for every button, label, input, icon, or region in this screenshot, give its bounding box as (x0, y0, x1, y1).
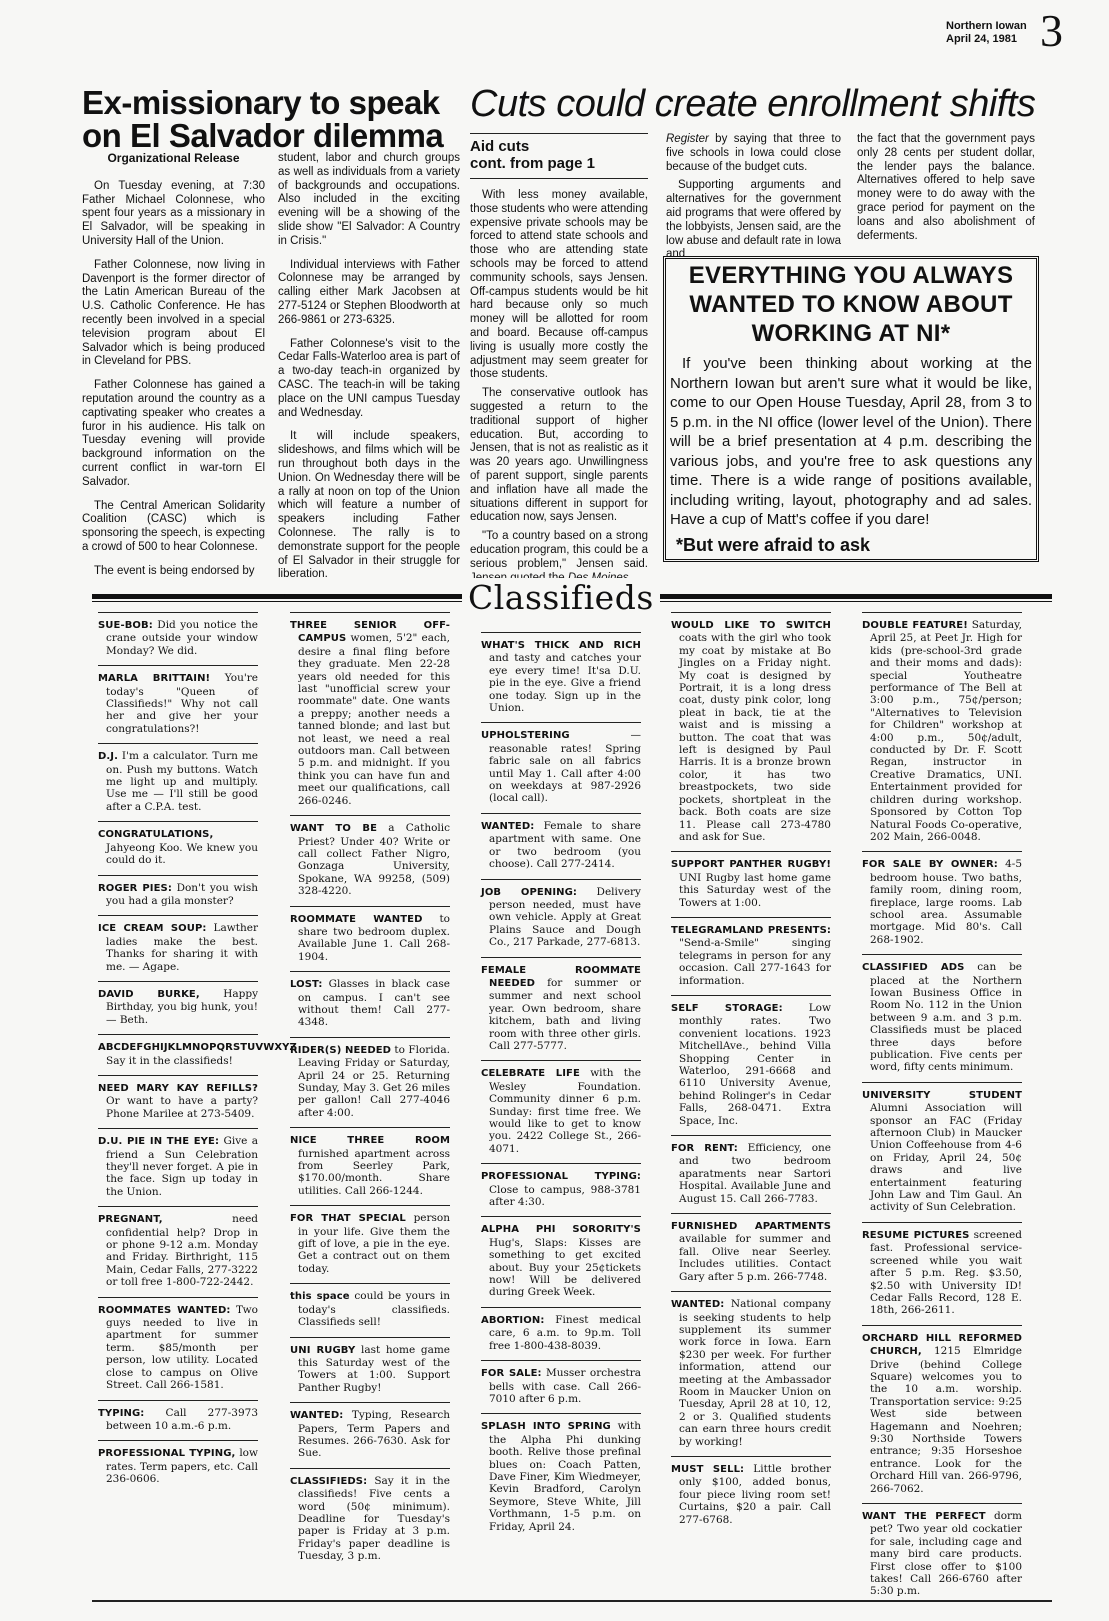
classified-keyword: MARLA BRITTAIN! (98, 673, 210, 684)
paragraph: Father Colonnese has gained a reputation… (82, 379, 265, 489)
classified-keyword: CELEBRATE LIFE (481, 1068, 580, 1079)
classified-ad: ROGER PIES: Don't you wish you had a gil… (98, 875, 258, 916)
paragraph: the fact that the government pays only 2… (857, 133, 1035, 243)
classified-ad-body: PROFESSIONAL TYPING, low rates. Term pap… (98, 1447, 258, 1485)
classified-ad-body: CELEBRATE LIFE with the Wesley Foundatio… (481, 1067, 641, 1155)
classified-ad-body: TELEGRAMLAND PRESENTS: "Send-a-Smile" si… (671, 924, 831, 987)
ad-body-text: If you've been thinking about working at… (670, 355, 1032, 528)
classified-ad: WHAT'S THICK AND RICH and tasty and catc… (481, 632, 641, 722)
paragraph: student, labor and church groups as well… (278, 152, 460, 249)
classified-keyword: ALPHA PHI SORORITY'S (481, 1224, 641, 1235)
classified-ad: LOST: Glasses in black case on campus. I… (290, 971, 450, 1037)
classified-ad: WANT THE PERFECT dorm pet? Two year old … (862, 1503, 1022, 1606)
classified-keyword: SELF STORAGE: (671, 1003, 783, 1014)
classified-text: National company is seeking students to … (679, 1298, 831, 1447)
classified-text: with the Wesley Foundation. Community di… (489, 1067, 641, 1154)
classified-ad: UNI RUGBY last home game this Saturday w… (290, 1337, 450, 1403)
classified-keyword: PROFESSIONAL TYPING, (98, 1448, 235, 1459)
paragraph: Father Colonnese's visit to the Cedar Fa… (278, 338, 460, 421)
classified-ad-body: JOB OPENING: Delivery person needed, mus… (481, 886, 641, 949)
classified-ad: PROFESSIONAL TYPING, low rates. Term pap… (98, 1440, 258, 1493)
classified-keyword: NEED MARY KAY REFILLS? (98, 1083, 258, 1094)
classified-ad-body: NEED MARY KAY REFILLS? Or want to have a… (98, 1082, 258, 1120)
article-right-col2: Register by saying that three to five sc… (666, 133, 841, 267)
classified-text: coats with the girl who took my coat by … (679, 632, 831, 843)
classified-keyword: TYPING: (98, 1408, 144, 1419)
classified-ad: FOR SALE: Musser orchestra bells with ca… (481, 1360, 641, 1413)
classified-ad: WANTED: Female to share apartment with s… (481, 813, 641, 879)
classified-ad-body: FOR SALE: Musser orchestra bells with ca… (481, 1367, 641, 1405)
classified-ad: WOULD LIKE TO SWITCH coats with the girl… (671, 612, 831, 851)
headline-ex-missionary: Ex-missionary to speak on El Salvador di… (82, 86, 454, 152)
classified-text: "Send-a-Smile" singing telegrams in pers… (679, 937, 831, 986)
classified-ad: PREGNANT, need confidential help? Drop i… (98, 1206, 258, 1296)
classified-ad: FOR THAT SPECIAL person in your life. Gi… (290, 1205, 450, 1283)
classified-ad-body: WANTED: National company is seeking stud… (671, 1298, 831, 1448)
classified-text: Say it in the classifieds! (106, 1055, 233, 1067)
classified-ad: THREE SENIOR OFF-CAMPUS women, 5'2" each… (290, 612, 450, 815)
classified-ad: WANTED: Typing, Research Papers, Term Pa… (290, 1402, 450, 1468)
classified-keyword: DAVID BURKE, (98, 989, 200, 1000)
classified-text: furnished apartment across from Seerley … (298, 1148, 450, 1197)
classified-ad: UPHOLSTERING — reasonable rates! Spring … (481, 722, 641, 812)
paragraph: The conservative outlook has suggested a… (470, 387, 648, 525)
classified-ad: WANTED: National company is seeking stud… (671, 1291, 831, 1456)
classified-ad: SUE-BOB: Did you notice the crane outsid… (98, 612, 258, 665)
ni-recruitment-ad: EVERYTHING YOU ALWAYS WANTED TO KNOW ABO… (663, 256, 1039, 562)
classified-ad: CONGRATULATIONS, Jahyeong Koo. We knew y… (98, 821, 258, 874)
classified-ad-body: FOR THAT SPECIAL person in your life. Gi… (290, 1212, 450, 1275)
classified-ad: JOB OPENING: Delivery person needed, mus… (481, 879, 641, 957)
classified-ad: FOR SALE BY OWNER: 4-5 bedroom house. Tw… (862, 851, 1022, 954)
classified-keyword: NICE THREE ROOM (290, 1135, 450, 1146)
classified-ad-body: LOST: Glasses in black case on campus. I… (290, 978, 450, 1029)
classified-ad: PROFESSIONAL TYPING: Close to campus, 98… (481, 1163, 641, 1216)
classified-keyword: CONGRATULATIONS, (98, 829, 213, 840)
classified-keyword: TELEGRAMLAND PRESENTS: (671, 925, 831, 936)
classifieds-column-3: WHAT'S THICK AND RICH and tasty and catc… (481, 632, 641, 1541)
classified-ad-body: D.U. PIE IN THE EYE: Give a friend a Sun… (98, 1135, 258, 1198)
classified-keyword: LOST: (290, 979, 323, 990)
classified-ad-body: ABCDEFGHIJKLMNOPQRSTUVWXYZ Say it in the… (98, 1041, 258, 1067)
classified-ad: SELF STORAGE: Low monthly rates. Two con… (671, 995, 831, 1135)
classified-text: Alumni Association will sponsor an FAC (… (870, 1102, 1022, 1213)
classified-keyword: WHAT'S THICK AND RICH (481, 640, 641, 651)
classified-keyword: JOB OPENING: (481, 887, 577, 898)
classified-text: Two guys needed to live in apartment for… (106, 1304, 258, 1391)
classified-keyword: this space (290, 1291, 350, 1302)
classified-ad-body: D.J. I'm a calculator. Turn me on. Push … (98, 750, 258, 813)
classified-keyword: ICE CREAM SOUP: (98, 923, 207, 934)
paragraph: The event is being endorsed by (82, 565, 265, 579)
classified-text: 1215 Elmridge Drive (behind College Squa… (870, 1345, 1022, 1494)
article-left-col2: student, labor and church groups as well… (278, 152, 460, 592)
paragraph: With less money available, those student… (470, 189, 648, 382)
classified-ad: DAVID BURKE, Happy Birthday, you big hun… (98, 981, 258, 1034)
classified-keyword: FURNISHED APARTMENTS (671, 1221, 831, 1232)
classified-ad-body: ROOMMATE WANTED to share two bedroom dup… (290, 913, 450, 964)
classified-ad-body: CLASSIFIEDS: Say it in the classifieds! … (290, 1475, 450, 1563)
paragraph: On Tuesday evening, at 7:30 Father Micha… (82, 180, 265, 249)
classified-ad: NEED MARY KAY REFILLS? Or want to have a… (98, 1075, 258, 1128)
classified-ad-body: CONGRATULATIONS, Jahyeong Koo. We knew y… (98, 828, 258, 866)
classified-ad-body: RIDER(S) NEEDED to Florida. Leaving Frid… (290, 1044, 450, 1119)
classified-ad-body: FOR SALE BY OWNER: 4-5 bedroom house. Tw… (862, 858, 1022, 946)
classified-ad-body: ABORTION: Finest medical care, 6 a.m. to… (481, 1314, 641, 1352)
classified-ad-body: WANTED: Typing, Research Papers, Term Pa… (290, 1409, 450, 1460)
classified-ad: DOUBLE FEATURE! Saturday, April 25, at P… (862, 612, 1022, 851)
classified-ad-body: this space could be yours in today's cla… (290, 1290, 450, 1328)
classified-ad-body: WHAT'S THICK AND RICH and tasty and catc… (481, 639, 641, 714)
classified-text: I'm a calculator. Turn me on. Push my bu… (106, 750, 258, 813)
classified-ad: D.J. I'm a calculator. Turn me on. Push … (98, 743, 258, 821)
classified-ad-body: ROGER PIES: Don't you wish you had a gil… (98, 882, 258, 908)
classified-keyword: RIDER(S) NEEDED (290, 1045, 391, 1056)
ad-title: EVERYTHING YOU ALWAYS WANTED TO KNOW ABO… (670, 261, 1032, 348)
classified-keyword: D.U. PIE IN THE EYE: (98, 1136, 219, 1147)
classified-ad-body: RESUME PICTURES screened fast. Professio… (862, 1229, 1022, 1317)
classified-ad: WANT TO BE a Catholic Priest? Under 40? … (290, 815, 450, 905)
classified-text: Say it in the classifieds! Five cents a … (298, 1475, 450, 1562)
classified-keyword: PROFESSIONAL TYPING: (481, 1171, 641, 1182)
classified-keyword: MUST SELL: (671, 1464, 744, 1475)
jump-head: Aid cuts cont. from page 1 (470, 133, 648, 179)
classified-ad-body: WANTED: Female to share apartment with s… (481, 820, 641, 871)
classified-text: UNI Rugby last home game this Saturday w… (679, 872, 831, 909)
classified-keyword: WANT THE PERFECT (862, 1511, 986, 1522)
jump-head-subtitle: cont. from page 1 (470, 155, 648, 172)
classified-text: dorm pet? Two year old cockatier for sal… (870, 1510, 1022, 1597)
paragraph: Supporting arguments and alternatives fo… (666, 179, 841, 262)
classified-ad-body: PREGNANT, need confidential help? Drop i… (98, 1213, 258, 1288)
classified-ad: FOR RENT: Efficiency, one and two bedroo… (671, 1135, 831, 1213)
paragraph: The Central American Solidarity Coalitio… (82, 500, 265, 555)
classified-keyword: CLASSIFIED ADS (862, 962, 964, 973)
classified-keyword: DOUBLE FEATURE! (862, 620, 968, 631)
ad-footnote: *But were afraid to ask (670, 535, 1032, 556)
classified-ad: CLASSIFIEDS: Say it in the classifieds! … (290, 1468, 450, 1571)
classifieds-column-1: SUE-BOB: Did you notice the crane outsid… (98, 612, 258, 1494)
classified-ad-body: UPHOLSTERING — reasonable rates! Spring … (481, 729, 641, 804)
classified-keyword: WANTED: (290, 1410, 343, 1421)
ad-title-line: WANTED TO KNOW ABOUT (670, 290, 1032, 319)
classified-ad-body: PROFESSIONAL TYPING: Close to campus, 98… (481, 1170, 641, 1208)
classifieds-column-2: THREE SENIOR OFF-CAMPUS women, 5'2" each… (290, 612, 450, 1571)
classified-keyword: CLASSIFIEDS: (290, 1476, 367, 1487)
classified-keyword: ABCDEFGHIJKLMNOPQRSTUVWXYZ (98, 1042, 297, 1053)
classified-ad: ORCHARD HILL REFORMED CHURCH, 1215 Elmri… (862, 1325, 1022, 1503)
classified-keyword: FOR SALE: (481, 1368, 542, 1379)
classified-text: can be placed at the Northern Iowan Busi… (870, 961, 1022, 1073)
classified-keyword: ROOMMATES WANTED: (98, 1305, 230, 1316)
classified-keyword: RESUME PICTURES (862, 1230, 969, 1241)
classified-ad-body: DOUBLE FEATURE! Saturday, April 25, at P… (862, 619, 1022, 843)
classified-ad: ROOMMATE WANTED to share two bedroom dup… (290, 906, 450, 972)
classified-ad-body: ALPHA PHI SORORITY'S Hug's, Slaps: Kisse… (481, 1223, 641, 1298)
classified-keyword: FOR THAT SPECIAL (290, 1213, 406, 1224)
classified-ad-body: TYPING: Call 277-3973 between 10 a.m.-6 … (98, 1407, 258, 1433)
classified-ad-body: ORCHARD HILL REFORMED CHURCH, 1215 Elmri… (862, 1332, 1022, 1495)
classified-ad: NICE THREE ROOM furnished apartment acro… (290, 1127, 450, 1205)
classified-keyword: ABORTION: (481, 1315, 544, 1326)
classified-text: Or want to have a party? Phone Marilee a… (106, 1095, 258, 1119)
classified-keyword: D.J. (98, 751, 118, 762)
classified-ad-body: ROOMMATES WANTED: Two guys needed to liv… (98, 1304, 258, 1392)
classified-ad-body: FOR RENT: Efficiency, one and two bedroo… (671, 1142, 831, 1205)
classified-ad: ROOMMATES WANTED: Two guys needed to liv… (98, 1297, 258, 1400)
classified-text: Low monthly rates. Two convenient locati… (679, 1002, 831, 1127)
classified-text: women, 5'2" each, desire a final fling b… (298, 632, 450, 806)
classified-ad: MARLA BRITTAIN! You're today's "Queen of… (98, 665, 258, 743)
article-left-col1: Organizational Release On Tuesday evenin… (82, 152, 265, 589)
classified-ad-body: THREE SENIOR OFF-CAMPUS women, 5'2" each… (290, 619, 450, 807)
classified-ad-body: MARLA BRITTAIN! You're today's "Queen of… (98, 672, 258, 735)
classified-ad: FURNISHED APARTMENTS available for summe… (671, 1213, 831, 1291)
headline-cuts-enrollment: Cuts could create enrollment shifts (470, 84, 1090, 124)
classified-keyword: WANTED: (481, 821, 534, 832)
classified-ad: FEMALE ROOMMATE NEEDED for summer or sum… (481, 957, 641, 1061)
classified-ad-body: SUPPORT PANTHER RUGBY! UNI Rugby last ho… (671, 858, 831, 909)
publication-name: Northern Iowan (946, 20, 1027, 33)
classified-keyword: SUPPORT PANTHER RUGBY! (671, 859, 831, 870)
classified-keyword: UPHOLSTERING (481, 730, 570, 741)
classified-keyword: SPLASH INTO SPRING (481, 1421, 611, 1432)
bottom-rule (92, 1600, 1052, 1602)
classifieds-title: Classifieds (462, 578, 660, 618)
classified-keyword: FOR SALE BY OWNER: (862, 859, 998, 870)
classified-ad: ICE CREAM SOUP: Lawther ladies make the … (98, 915, 258, 981)
ad-title-line: WORKING AT NI* (670, 319, 1032, 348)
classified-ad-body: UNIVERSITY STUDENT Alumni Association wi… (862, 1089, 1022, 1214)
classified-ad: this space could be yours in today's cla… (290, 1283, 450, 1336)
classified-ad: SPLASH INTO SPRING with the Alpha Phi du… (481, 1413, 641, 1541)
issue-date: April 24, 1981 (946, 33, 1027, 46)
classifieds-column-4: WOULD LIKE TO SWITCH coats with the girl… (671, 612, 831, 1534)
classified-ad: TELEGRAMLAND PRESENTS: "Send-a-Smile" si… (671, 917, 831, 995)
classified-text: available for summer and fall. Olive nea… (679, 1233, 831, 1282)
classified-ad-body: DAVID BURKE, Happy Birthday, you big hun… (98, 988, 258, 1026)
classified-ad: ABORTION: Finest medical care, 6 a.m. to… (481, 1307, 641, 1360)
ad-body: If you've been thinking about working at… (670, 354, 1032, 530)
classified-ad-body: SELF STORAGE: Low monthly rates. Two con… (671, 1002, 831, 1127)
classified-ad-body: FURNISHED APARTMENTS available for summe… (671, 1220, 831, 1283)
classified-keyword: WOULD LIKE TO SWITCH (671, 620, 831, 631)
classified-keyword: ROGER PIES: (98, 883, 172, 894)
ad-title-line: EVERYTHING YOU ALWAYS (670, 261, 1032, 290)
italic-source: Register (666, 133, 709, 145)
classified-keyword: UNI RUGBY (290, 1345, 355, 1356)
classified-ad: CLASSIFIED ADS can be placed at the Nort… (862, 954, 1022, 1082)
classified-ad-body: UNI RUGBY last home game this Saturday w… (290, 1344, 450, 1395)
classified-text: Hug's, Slaps: Kisses are something to ge… (489, 1237, 641, 1299)
classified-text: and tasty and catches your eye every tim… (489, 652, 641, 714)
classified-ad-body: WANT THE PERFECT dorm pet? Two year old … (862, 1510, 1022, 1598)
paragraph: Individual interviews with Father Colonn… (278, 259, 460, 328)
classified-ad-body: ICE CREAM SOUP: Lawther ladies make the … (98, 922, 258, 973)
classified-ad-body: WOULD LIKE TO SWITCH coats with the girl… (671, 619, 831, 843)
classified-ad: CELEBRATE LIFE with the Wesley Foundatio… (481, 1060, 641, 1163)
classified-keyword: FOR RENT: (671, 1143, 738, 1154)
classified-keyword: WANTED: (671, 1299, 724, 1310)
classified-ad: RIDER(S) NEEDED to Florida. Leaving Frid… (290, 1037, 450, 1127)
classified-text: Saturday, April 25, at Peet Jr. High for… (870, 619, 1022, 843)
classified-keyword: UNIVERSITY STUDENT (862, 1090, 1022, 1101)
classified-text: screened fast. Professional service-scre… (870, 1229, 1022, 1316)
classified-ad: ALPHA PHI SORORITY'S Hug's, Slaps: Kisse… (481, 1216, 641, 1306)
classified-ad-body: SPLASH INTO SPRING with the Alpha Phi du… (481, 1420, 641, 1533)
classified-ad-body: WANT TO BE a Catholic Priest? Under 40? … (290, 822, 450, 897)
classified-text: Close to campus, 988-3781 after 4:30. (489, 1184, 641, 1208)
page-number: 3 (1040, 8, 1063, 54)
jump-head-title: Aid cuts (470, 138, 648, 155)
classified-ad: RESUME PICTURES screened fast. Professio… (862, 1222, 1022, 1325)
classified-text: 4-5 bedroom house. Two baths, family roo… (870, 858, 1022, 945)
classified-ad: D.U. PIE IN THE EYE: Give a friend a Sun… (98, 1128, 258, 1206)
classified-ad: ABCDEFGHIJKLMNOPQRSTUVWXYZ Say it in the… (98, 1034, 258, 1075)
classified-ad-body: FEMALE ROOMMATE NEEDED for summer or sum… (481, 964, 641, 1053)
classified-ad: SUPPORT PANTHER RUGBY! UNI Rugby last ho… (671, 851, 831, 917)
classified-text: with the Alpha Phi dunking booth. Relive… (489, 1420, 641, 1532)
classified-ad: MUST SELL: Little brother only $100, add… (671, 1456, 831, 1534)
byline: Organizational Release (82, 152, 265, 166)
classified-keyword: PREGNANT, (98, 1214, 163, 1225)
paragraph: Father Colonnese, now living in Davenpor… (82, 259, 265, 369)
classifieds-column-5: DOUBLE FEATURE! Saturday, April 25, at P… (862, 612, 1022, 1606)
classified-keyword: WANT TO BE (290, 823, 377, 834)
classified-ad-body: NICE THREE ROOM furnished apartment acro… (290, 1134, 450, 1197)
paragraph: It will include speakers, slideshows, an… (278, 430, 460, 582)
classified-ad-body: MUST SELL: Little brother only $100, add… (671, 1463, 831, 1526)
classified-keyword: ROOMMATE WANTED (290, 914, 422, 925)
masthead: Northern Iowan April 24, 1981 (946, 20, 1027, 46)
classified-ad-body: CLASSIFIED ADS can be placed at the Nort… (862, 961, 1022, 1074)
article-right-col1: Aid cuts cont. from page 1 With less mon… (470, 133, 648, 590)
classified-ad: TYPING: Call 277-3973 between 10 a.m.-6 … (98, 1400, 258, 1441)
classified-ad-body: SUE-BOB: Did you notice the crane outsid… (98, 619, 258, 657)
paragraph: Register by saying that three to five sc… (666, 133, 841, 174)
article-right-col3: the fact that the government pays only 2… (857, 133, 1035, 248)
classified-ad: UNIVERSITY STUDENT Alumni Association wi… (862, 1082, 1022, 1222)
classified-keyword: SUE-BOB: (98, 620, 153, 631)
classified-text: Jahyeong Koo. We knew you could do it. (106, 842, 258, 866)
